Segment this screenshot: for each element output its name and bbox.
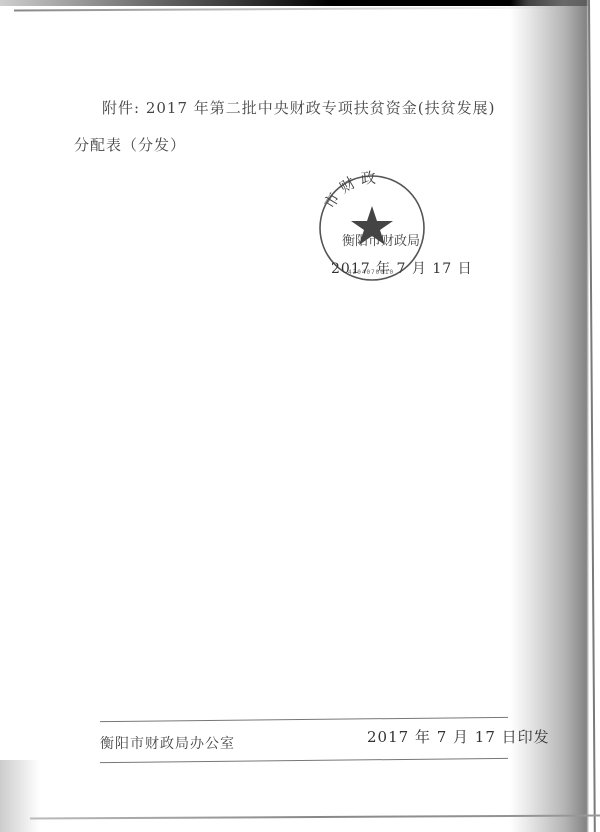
attachment-line-2: 分配表（分发） (74, 127, 502, 164)
attachment-line-1: 附件: 2017 年第二批中央财政专项扶贫资金(扶贫发展) (102, 99, 495, 117)
footer-issuer: 衡阳市财政局办公室 (100, 733, 235, 753)
footer-rule-top (100, 717, 508, 722)
seal-center-text: 衡阳市财政局 (342, 230, 420, 249)
scan-right-shadow (510, 0, 600, 832)
scan-left-shadow (0, 760, 40, 832)
scan-top-line (14, 7, 574, 12)
document-page: 附件: 2017 年第二批中央财政专项扶贫资金(扶贫发展) 分配表（分发） 市 … (0, 0, 600, 832)
footer-issue-date: 2017 年 7 月 17 日印发 (367, 726, 550, 747)
signature-date: 2017 年 7 月 17 日 (331, 258, 473, 278)
svg-text:市 财 政: 市 财 政 (320, 169, 376, 212)
attachment-note: 附件: 2017 年第二批中央财政专项扶贫资金(扶贫发展) 分配表（分发） (102, 90, 502, 164)
footer-rule-bottom (100, 758, 508, 763)
